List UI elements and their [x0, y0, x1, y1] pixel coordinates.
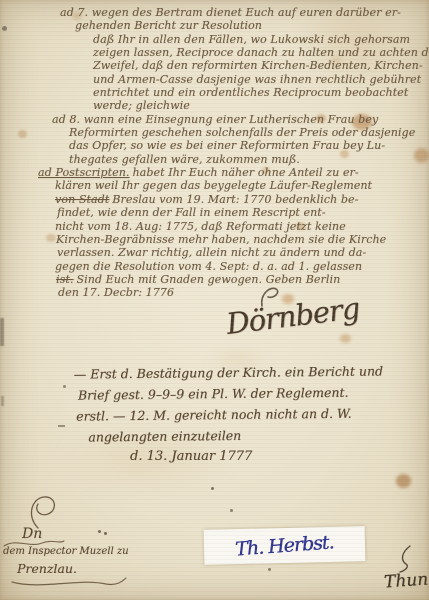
- manuscript-line: Kirchen-Begräbnisse mehr haben, nachdem …: [56, 233, 426, 246]
- manuscript-line: gegen die Resolution vom 4. Sept: d. a. …: [55, 260, 426, 273]
- manuscript-page: ad 7. wegen des Bertram dienet Euch auf …: [0, 0, 429, 600]
- line-text: gehenden Bericht zur Resolution: [75, 19, 262, 32]
- manuscript-line: zeigen lassen, Reciproce danach zu halte…: [93, 46, 426, 59]
- manuscript-line: den 17. Decbr: 1776: [58, 286, 426, 299]
- manuscript-line: klären weil Ihr gegen das beygelegte Läu…: [55, 179, 426, 192]
- line-text: Zweifel, daß den reformirten Kirchen-Bed…: [93, 59, 423, 72]
- line-text: klären weil Ihr gegen das beygelegte Läu…: [55, 179, 372, 192]
- postscript-heading: ad Postscripten.: [38, 166, 129, 179]
- date-line: den 17. Decbr: 1776: [58, 286, 174, 299]
- manuscript-line: verlassen. Zwar richtig, allein nicht zu…: [57, 246, 426, 259]
- stain: [18, 130, 27, 138]
- edge-mark: [1, 396, 4, 406]
- line-text: findet, wie denn der Fall in einem Rescr…: [57, 206, 326, 219]
- address-flourish-icon: [24, 494, 64, 530]
- manuscript-line: ist.Sind Euch mit Gnaden gewogen. Geben …: [56, 273, 426, 286]
- ink-dot: [230, 509, 233, 512]
- line-text: ad 7. wegen des Bertram dienet Euch auf …: [60, 6, 401, 19]
- stain: [396, 474, 411, 488]
- line-text: und Armen-Casse dasjenige was ihnen rech…: [93, 73, 421, 86]
- line-text: gegen die Resolution vom 4. Sept: d. a. …: [55, 260, 362, 273]
- line-text: Kirchen-Begräbnisse mehr haben, nachdem …: [56, 233, 386, 246]
- manuscript-line: findet, wie denn der Fall in einem Rescr…: [57, 206, 426, 219]
- line-text: werde; gleichwie: [93, 99, 190, 112]
- postscript-block: — Erst d. Bestätigung der Kirch. ein Ber…: [74, 360, 385, 447]
- address-line: dem Inspector Muzell zu: [3, 546, 129, 557]
- manuscript-line: entrichtet und ein ordentliches Reciproc…: [93, 86, 426, 99]
- line-text: zeigen lassen, Reciproce danach zu halte…: [93, 46, 429, 59]
- ink-dash: [58, 425, 65, 427]
- line-text: nicht vom 18. Aug: 1775, daß Reformati j…: [55, 220, 346, 233]
- collector-slip: Th. Herbst.: [204, 526, 366, 565]
- struck-words: ist.: [56, 273, 73, 286]
- line-text: daß Ihr in allen den Fällen, wo Lukowski…: [93, 33, 410, 46]
- struck-words: von Stadt: [55, 193, 109, 206]
- ink-dot: [211, 487, 214, 490]
- manuscript-line: ad 7. wegen des Bertram dienet Euch auf …: [60, 6, 426, 19]
- line-text: Breslau vom 19. Mart: 1770 bedenklich be…: [112, 193, 358, 206]
- manuscript-line: ad Postscripten.habet Ihr Euch näher ohn…: [38, 166, 426, 179]
- manuscript-line: von StadtBreslau vom 19. Mart: 1770 bede…: [55, 193, 426, 206]
- ink-dot: [268, 568, 271, 571]
- manuscript-line: Reformirten geschehen solchenfalls der P…: [69, 126, 426, 139]
- letter-body: ad 7. wegen des Bertram dienet Euch auf …: [36, 6, 426, 300]
- line-text: verlassen. Zwar richtig, allein nicht zu…: [57, 246, 366, 259]
- edge-mark: [0, 318, 4, 346]
- manuscript-line: thegates gefallen wäre, zukommen muß.: [69, 153, 426, 166]
- line-text: thegates gefallen wäre, zukommen muß.: [69, 153, 300, 166]
- ink-dot: [98, 530, 101, 533]
- stain: [340, 334, 351, 343]
- ink-dot: [63, 385, 66, 388]
- collector-signature: Th. Herbst.: [235, 531, 335, 560]
- manuscript-line: werde; gleichwie: [93, 99, 426, 112]
- line-text: das Opfer, so wie es bei einer Reformirt…: [69, 139, 385, 152]
- postscript-date: d. 13. Januar 1777: [130, 449, 252, 464]
- line-text: habet Ihr Euch näher ohne Anteil zu er-: [132, 166, 358, 179]
- ink-dot: [2, 26, 7, 31]
- line-text: Sind Euch mit Gnaden gewogen. Geben Berl…: [76, 273, 340, 286]
- manuscript-line: daß Ihr in allen den Fällen, wo Lukowski…: [93, 33, 426, 46]
- corner-name: Thun: [383, 569, 428, 592]
- manuscript-line: das Opfer, so wie es bei einer Reformirt…: [69, 139, 426, 152]
- address-line: Dn: [22, 526, 42, 542]
- line-text: ad 8. wann eine Einsegnung einer Lutheri…: [52, 113, 378, 126]
- ink-dot: [104, 532, 107, 535]
- manuscript-line: Zweifel, daß den reformirten Kirchen-Bed…: [93, 59, 426, 72]
- postscript-line: erstl. — 12. M. gereicht noch nicht an d…: [76, 402, 384, 426]
- manuscript-line: ad 8. wann eine Einsegnung einer Lutheri…: [52, 113, 426, 126]
- manuscript-line: nicht vom 18. Aug: 1775, daß Reformati j…: [55, 220, 426, 233]
- line-text: Reformirten geschehen solchenfalls der P…: [69, 126, 415, 139]
- postscript-line: angelangten einzuteilen: [88, 423, 384, 447]
- address-line: Prenzlau.: [17, 561, 77, 576]
- address-underline-icon: [10, 576, 128, 590]
- line-text: entrichtet und ein ordentliches Reciproc…: [93, 86, 408, 99]
- manuscript-line: gehenden Bericht zur Resolution: [75, 19, 426, 32]
- manuscript-line: und Armen-Casse dasjenige was ihnen rech…: [93, 73, 426, 86]
